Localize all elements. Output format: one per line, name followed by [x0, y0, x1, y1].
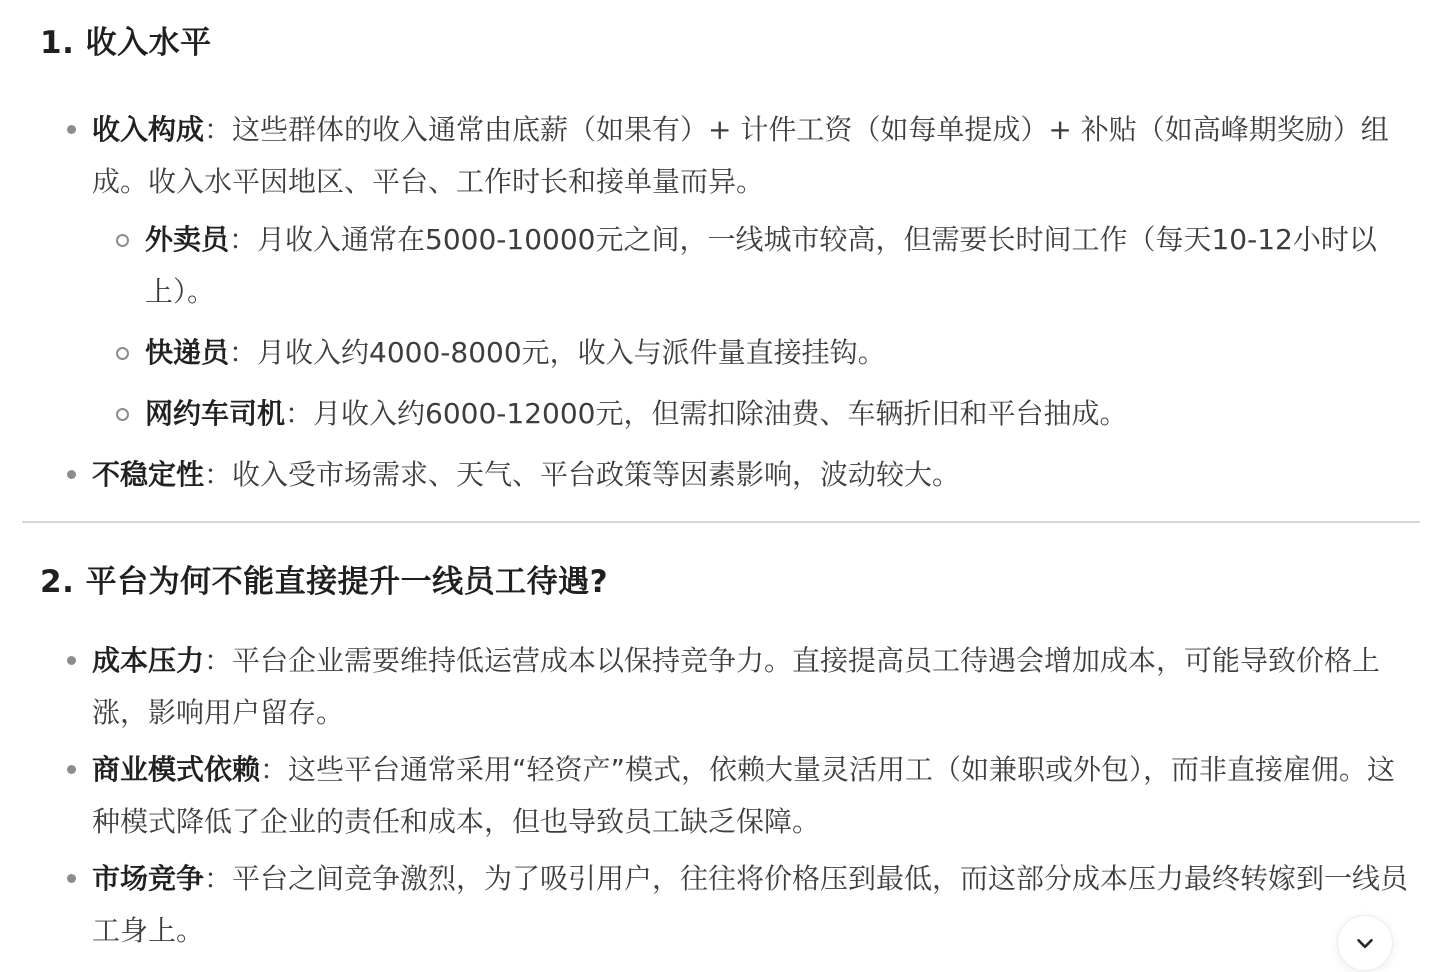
colon: ： [204, 644, 232, 677]
list-item: 快递员：月收入约4000-8000元，收入与派件量直接挂钩。 [92, 327, 1418, 379]
colon: ： [204, 113, 232, 146]
item-text: 这些平台通常采用“轻资产”模式，依赖大量灵活用工（如兼职或外包），而非直接雇佣。… [92, 753, 1395, 838]
item-text: 月收入通常在5000-10000元之间，一线城市较高，但需要长时间工作（每天10… [145, 223, 1377, 308]
list-item: 不稳定性：收入受市场需求、天气、平台政策等因素影响，波动较大。 [40, 449, 1418, 501]
chevron-down-icon [1352, 930, 1378, 956]
term: 市场竞争 [92, 862, 204, 895]
list-item: 商业模式依赖：这些平台通常采用“轻资产”模式，依赖大量灵活用工（如兼职或外包），… [40, 744, 1418, 848]
item-text: 收入受市场需求、天气、平台政策等因素影响，波动较大。 [232, 458, 960, 491]
colon: ： [204, 862, 232, 895]
term: 快递员 [145, 336, 229, 369]
income-list: 收入构成：这些群体的收入通常由底薪（如果有）+ 计件工资（如每单提成）+ 补贴（… [40, 104, 1418, 501]
term: 收入构成 [92, 113, 204, 146]
colon: ： [285, 397, 313, 430]
income-sublist: 外卖员：月收入通常在5000-10000元之间，一线城市较高，但需要长时间工作（… [92, 214, 1418, 440]
item-text: 月收入约4000-8000元，收入与派件量直接挂钩。 [257, 336, 886, 369]
colon: ： [229, 336, 257, 369]
divider [22, 521, 1420, 523]
colon: ： [204, 458, 232, 491]
item-text: 平台企业需要维持低运营成本以保持竞争力。直接提高员工待遇会增加成本，可能导致价格… [92, 644, 1380, 729]
item-text: 这些群体的收入通常由底薪（如果有）+ 计件工资（如每单提成）+ 补贴（如高峰期奖… [92, 113, 1389, 198]
item-text: 平台之间竞争激烈，为了吸引用户，往往将价格压到最低，而这部分成本压力最终转嫁到一… [92, 862, 1408, 947]
list-item: 成本压力：平台企业需要维持低运营成本以保持竞争力。直接提高员工待遇会增加成本，可… [40, 635, 1418, 739]
term: 成本压力 [92, 644, 204, 677]
scroll-to-bottom-button[interactable] [1337, 915, 1393, 971]
item-text: 月收入约6000-12000元，但需扣除油费、车辆折旧和平台抽成。 [313, 397, 1127, 430]
term: 外卖员 [145, 223, 229, 256]
list-item: 网约车司机：月收入约6000-12000元，但需扣除油费、车辆折旧和平台抽成。 [92, 388, 1418, 440]
list-item: 市场竞争：平台之间竞争激烈，为了吸引用户，往往将价格压到最低，而这部分成本压力最… [40, 853, 1418, 957]
section-heading-platform: 2. 平台为何不能直接提升一线员工待遇? [40, 563, 1418, 601]
list-item: 外卖员：月收入通常在5000-10000元之间，一线城市较高，但需要长时间工作（… [92, 214, 1418, 318]
list-item: 收入构成：这些群体的收入通常由底薪（如果有）+ 计件工资（如每单提成）+ 补贴（… [40, 104, 1418, 440]
term: 商业模式依赖 [92, 753, 260, 786]
term: 网约车司机 [145, 397, 285, 430]
term: 不稳定性 [92, 458, 204, 491]
section-heading-income: 1. 收入水平 [40, 24, 1418, 62]
platform-list: 成本压力：平台企业需要维持低运营成本以保持竞争力。直接提高员工待遇会增加成本，可… [40, 635, 1418, 957]
colon: ： [229, 223, 257, 256]
markdown-document: 1. 收入水平 收入构成：这些群体的收入通常由底薪（如果有）+ 计件工资（如每单… [0, 0, 1440, 972]
colon: ： [260, 753, 288, 786]
